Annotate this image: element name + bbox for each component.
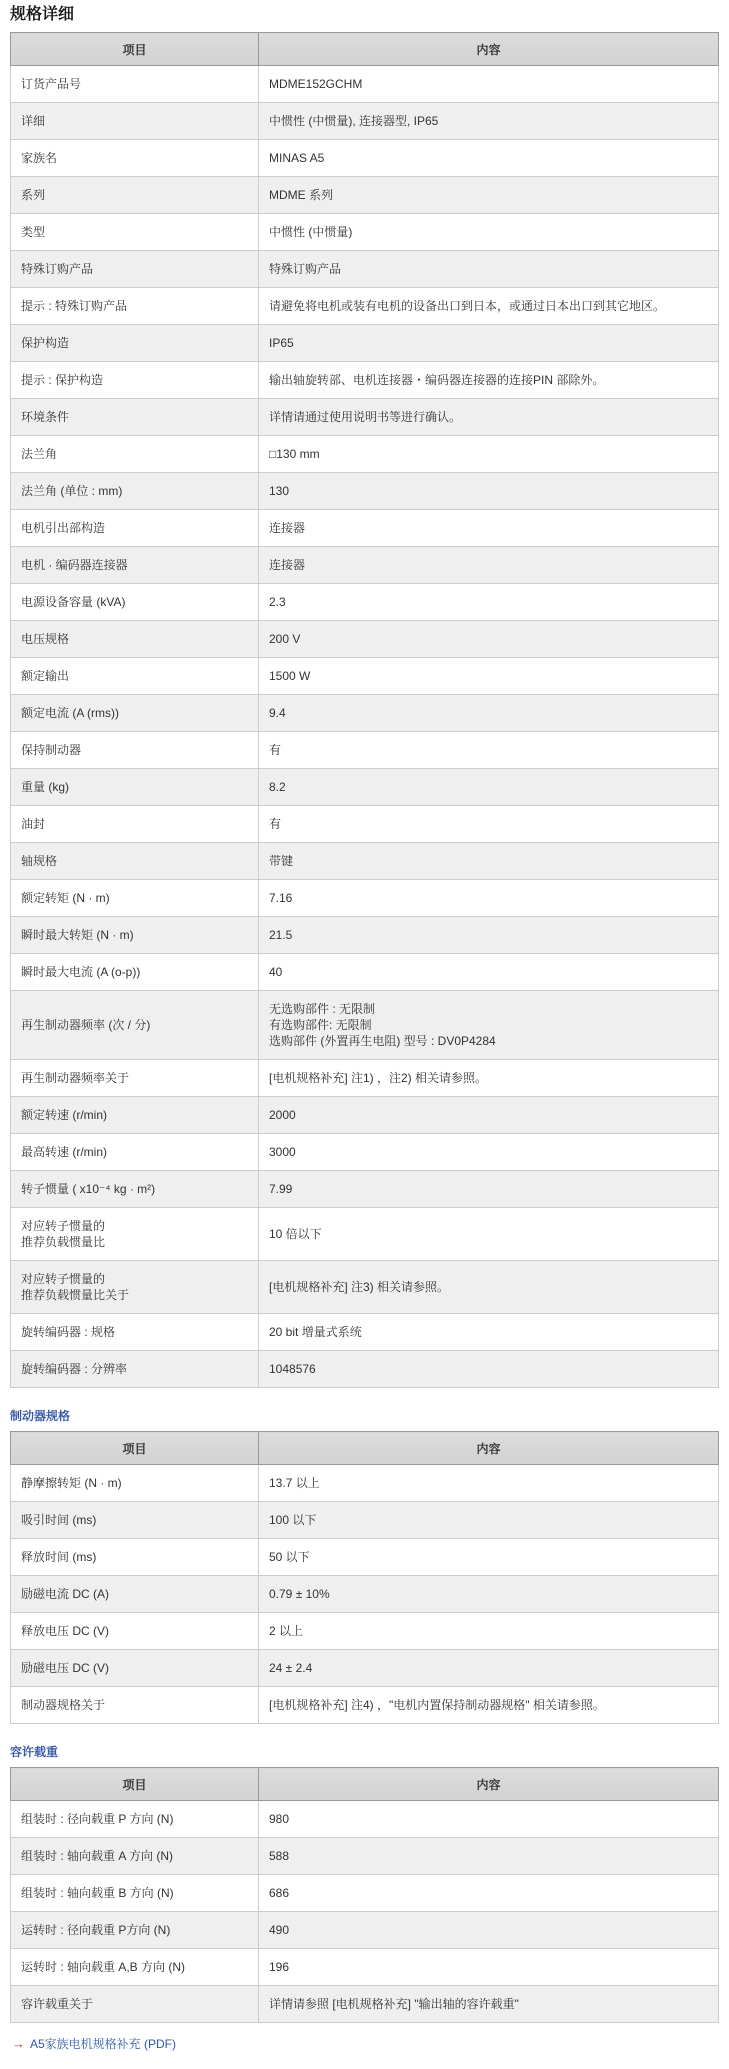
item-label: 油封 xyxy=(11,806,259,843)
section-title-allowable-load: 容许载重 xyxy=(10,1745,719,1760)
item-label: 详细 xyxy=(11,103,259,140)
table-row: 组装时 : 轴向载重 B 方向 (N)686 xyxy=(11,1875,719,1912)
table-head: 项目 内容 xyxy=(11,1768,719,1801)
item-value: 130 xyxy=(259,473,719,510)
item-value: 1048576 xyxy=(259,1351,719,1388)
table-row: 励磁电流 DC (A)0.79 ± 10% xyxy=(11,1576,719,1613)
header-row: 项目 内容 xyxy=(11,1432,719,1465)
page-title: 规格详细 xyxy=(10,5,719,25)
item-label: 旋转编码器 : 规格 xyxy=(11,1314,259,1351)
item-label: 提示 : 特殊订购产品 xyxy=(11,288,259,325)
item-label: 额定电流 (A (rms)) xyxy=(11,695,259,732)
item-label: 类型 xyxy=(11,214,259,251)
table-row: 额定输出1500 W xyxy=(11,658,719,695)
item-value: 24 ± 2.4 xyxy=(259,1650,719,1687)
item-label: 法兰角 xyxy=(11,436,259,473)
table-row: 吸引时间 (ms)100 以下 xyxy=(11,1502,719,1539)
table-row: 旋转编码器 : 规格20 bit 增量式系统 xyxy=(11,1314,719,1351)
item-value: 8.2 xyxy=(259,769,719,806)
header-row: 项目 内容 xyxy=(11,33,719,66)
item-value: MDME 系列 xyxy=(259,177,719,214)
item-value: 有 xyxy=(259,806,719,843)
item-value: 中惯性 (中惯量), 连接器型, IP65 xyxy=(259,103,719,140)
table-row: 运转时 : 轴向载重 A,B 方向 (N)196 xyxy=(11,1949,719,1986)
item-label: 额定转速 (r/min) xyxy=(11,1097,259,1134)
item-value: 20 bit 增量式系统 xyxy=(259,1314,719,1351)
item-label: 提示 : 保护构造 xyxy=(11,362,259,399)
item-label: 静摩擦转矩 (N · m) xyxy=(11,1465,259,1502)
item-label: 转子惯量 ( x10⁻⁴ kg · m²) xyxy=(11,1171,259,1208)
table-row: 静摩擦转矩 (N · m)13.7 以上 xyxy=(11,1465,719,1502)
table-row: 再生制动器频率 (次 / 分)无选购部件 : 无限制 有选购部件: 无限制 选购… xyxy=(11,991,719,1060)
item-value: 2000 xyxy=(259,1097,719,1134)
item-label: 瞬时最大转矩 (N · m) xyxy=(11,917,259,954)
table-row: 详细中惯性 (中惯量), 连接器型, IP65 xyxy=(11,103,719,140)
item-label: 再生制动器频率 (次 / 分) xyxy=(11,991,259,1060)
item-label: 吸引时间 (ms) xyxy=(11,1502,259,1539)
table-row: 电压规格200 V xyxy=(11,621,719,658)
table-row: 法兰角□130 mm xyxy=(11,436,719,473)
column-header-content: 内容 xyxy=(259,33,719,66)
item-value: 2.3 xyxy=(259,584,719,621)
allowable-load-table: 项目 内容 组装时 : 径向载重 P 方向 (N)980组装时 : 轴向载重 A… xyxy=(10,1767,719,2023)
table-head: 项目 内容 xyxy=(11,33,719,66)
item-value: 13.7 以上 xyxy=(259,1465,719,1502)
column-header-content: 内容 xyxy=(259,1768,719,1801)
table-row: 提示 : 保护构造输出轴旋转部、电机连接器・编码器连接器的连接PIN 部除外。 xyxy=(11,362,719,399)
table-row: 法兰角 (单位 : mm)130 xyxy=(11,473,719,510)
table-row: 对应转子惯量的 推荐负载惯量比关于[电机规格补充] 注3) 相关请参照。 xyxy=(11,1261,719,1314)
item-label: 重量 (kg) xyxy=(11,769,259,806)
item-value: 无选购部件 : 无限制 有选购部件: 无限制 选购部件 (外置再生电阻) 型号 … xyxy=(259,991,719,1060)
table-row: 油封有 xyxy=(11,806,719,843)
item-value: 特殊订购产品 xyxy=(259,251,719,288)
item-label: 特殊订购产品 xyxy=(11,251,259,288)
item-label: 组装时 : 轴向载重 B 方向 (N) xyxy=(11,1875,259,1912)
pdf-link-label: A5家族电机规格补充 (PDF) xyxy=(30,2036,176,2052)
table-row: 瞬时最大转矩 (N · m)21.5 xyxy=(11,917,719,954)
item-label: 保护构造 xyxy=(11,325,259,362)
item-value: 588 xyxy=(259,1838,719,1875)
table-row: 旋转编码器 : 分辨率1048576 xyxy=(11,1351,719,1388)
item-value: 有 xyxy=(259,732,719,769)
item-value: 连接器 xyxy=(259,547,719,584)
item-value: 1500 W xyxy=(259,658,719,695)
item-value: 详情请通过使用说明书等进行确认。 xyxy=(259,399,719,436)
item-value: 输出轴旋转部、电机连接器・编码器连接器的连接PIN 部除外。 xyxy=(259,362,719,399)
item-value: 40 xyxy=(259,954,719,991)
table-row: 重量 (kg)8.2 xyxy=(11,769,719,806)
table-row: 环境条件详情请通过使用说明书等进行确认。 xyxy=(11,399,719,436)
item-value: 7.16 xyxy=(259,880,719,917)
item-label: 组装时 : 径向载重 P 方向 (N) xyxy=(11,1801,259,1838)
item-value: 带键 xyxy=(259,843,719,880)
table-row: 额定电流 (A (rms))9.4 xyxy=(11,695,719,732)
item-label: 制动器规格关于 xyxy=(11,1687,259,1724)
table-row: 额定转速 (r/min)2000 xyxy=(11,1097,719,1134)
item-value: 9.4 xyxy=(259,695,719,732)
item-value: □130 mm xyxy=(259,436,719,473)
item-label: 对应转子惯量的 推荐负载惯量比关于 xyxy=(11,1261,259,1314)
column-header-item: 项目 xyxy=(11,33,259,66)
item-label: 系列 xyxy=(11,177,259,214)
item-value: 3000 xyxy=(259,1134,719,1171)
table-row: 再生制动器频率关于[电机规格补充] 注1) ，注2) 相关请参照。 xyxy=(11,1060,719,1097)
table-row: 电机引出部构造连接器 xyxy=(11,510,719,547)
section-title-brake-spec: 制动器规格 xyxy=(10,1409,719,1424)
item-value: [电机规格补充] 注3) 相关请参照。 xyxy=(259,1261,719,1314)
column-header-item: 项目 xyxy=(11,1768,259,1801)
item-label: 额定转矩 (N · m) xyxy=(11,880,259,917)
item-value: 连接器 xyxy=(259,510,719,547)
item-label: 法兰角 (单位 : mm) xyxy=(11,473,259,510)
table-row: 系列MDME 系列 xyxy=(11,177,719,214)
item-label: 释放时间 (ms) xyxy=(11,1539,259,1576)
item-value: 100 以下 xyxy=(259,1502,719,1539)
item-label: 励磁电流 DC (A) xyxy=(11,1576,259,1613)
item-value: 请避免将电机或装有电机的设备出口到日本，或通过日本出口到其它地区。 xyxy=(259,288,719,325)
item-value: 686 xyxy=(259,1875,719,1912)
item-value: 详情请参照 [电机规格补充] "输出轴的容许载重" xyxy=(259,1986,719,2023)
item-label: 组装时 : 轴向载重 A 方向 (N) xyxy=(11,1838,259,1875)
table-body: 静摩擦转矩 (N · m)13.7 以上吸引时间 (ms)100 以下释放时间 … xyxy=(11,1465,719,1724)
header-row: 项目 内容 xyxy=(11,1768,719,1801)
item-value: IP65 xyxy=(259,325,719,362)
item-label: 订货产品号 xyxy=(11,66,259,103)
item-label: 轴规格 xyxy=(11,843,259,880)
table-row: 提示 : 特殊订购产品请避免将电机或装有电机的设备出口到日本，或通过日本出口到其… xyxy=(11,288,719,325)
item-value: 980 xyxy=(259,1801,719,1838)
spec-details-table: 项目 内容 订货产品号MDME152GCHM详细中惯性 (中惯量), 连接器型,… xyxy=(10,32,719,1388)
item-label: 电压规格 xyxy=(11,621,259,658)
table-row: 对应转子惯量的 推荐负载惯量比10 倍以下 xyxy=(11,1208,719,1261)
table-row: 保持制动器有 xyxy=(11,732,719,769)
item-label: 运转时 : 径向载重 P方向 (N) xyxy=(11,1912,259,1949)
table-row: 保护构造IP65 xyxy=(11,325,719,362)
item-label: 容许载重关于 xyxy=(11,1986,259,2023)
item-value: 10 倍以下 xyxy=(259,1208,719,1261)
table-row: 运转时 : 径向载重 P方向 (N)490 xyxy=(11,1912,719,1949)
table-head: 项目 内容 xyxy=(11,1432,719,1465)
table-row: 电源设备容量 (kVA)2.3 xyxy=(11,584,719,621)
spec-page: 规格详细 项目 内容 订货产品号MDME152GCHM详细中惯性 (中惯量), … xyxy=(0,0,729,2069)
item-value: 196 xyxy=(259,1949,719,1986)
table-row: 励磁电压 DC (V)24 ± 2.4 xyxy=(11,1650,719,1687)
table-row: 最高转速 (r/min)3000 xyxy=(11,1134,719,1171)
item-label: 保持制动器 xyxy=(11,732,259,769)
table-row: 组装时 : 轴向载重 A 方向 (N)588 xyxy=(11,1838,719,1875)
item-value: [电机规格补充] 注1) ，注2) 相关请参照。 xyxy=(259,1060,719,1097)
table-row: 特殊订购产品特殊订购产品 xyxy=(11,251,719,288)
item-value: 50 以下 xyxy=(259,1539,719,1576)
table-row: 容许载重关于详情请参照 [电机规格补充] "输出轴的容许载重" xyxy=(11,1986,719,2023)
item-value: MDME152GCHM xyxy=(259,66,719,103)
table-row: 瞬时最大电流 (A (o-p))40 xyxy=(11,954,719,991)
item-value: [电机规格补充] 注4) ，"电机内置保持制动器规格" 相关请参照。 xyxy=(259,1687,719,1724)
item-label: 电机 · 编码器连接器 xyxy=(11,547,259,584)
table-body: 组装时 : 径向载重 P 方向 (N)980组装时 : 轴向载重 A 方向 (N… xyxy=(11,1801,719,2023)
item-value: 21.5 xyxy=(259,917,719,954)
table-row: 类型中惯性 (中惯量) xyxy=(11,214,719,251)
item-label: 旋转编码器 : 分辨率 xyxy=(11,1351,259,1388)
item-label: 励磁电压 DC (V) xyxy=(11,1650,259,1687)
table-row: 家族名MINAS A5 xyxy=(11,140,719,177)
column-header-item: 项目 xyxy=(11,1432,259,1465)
pdf-link[interactable]: → A5家族电机规格补充 (PDF) xyxy=(12,2036,176,2052)
item-value: 490 xyxy=(259,1912,719,1949)
table-row: 制动器规格关于[电机规格补充] 注4) ，"电机内置保持制动器规格" 相关请参照… xyxy=(11,1687,719,1724)
item-label: 运转时 : 轴向载重 A,B 方向 (N) xyxy=(11,1949,259,1986)
item-label: 电源设备容量 (kVA) xyxy=(11,584,259,621)
item-label: 再生制动器频率关于 xyxy=(11,1060,259,1097)
table-row: 转子惯量 ( x10⁻⁴ kg · m²)7.99 xyxy=(11,1171,719,1208)
item-label: 电机引出部构造 xyxy=(11,510,259,547)
table-body: 订货产品号MDME152GCHM详细中惯性 (中惯量), 连接器型, IP65家… xyxy=(11,66,719,1388)
table-row: 组装时 : 径向载重 P 方向 (N)980 xyxy=(11,1801,719,1838)
item-value: 200 V xyxy=(259,621,719,658)
item-value: MINAS A5 xyxy=(259,140,719,177)
item-label: 家族名 xyxy=(11,140,259,177)
table-row: 电机 · 编码器连接器连接器 xyxy=(11,547,719,584)
table-row: 释放时间 (ms)50 以下 xyxy=(11,1539,719,1576)
item-label: 环境条件 xyxy=(11,399,259,436)
item-label: 瞬时最大电流 (A (o-p)) xyxy=(11,954,259,991)
item-value: 2 以上 xyxy=(259,1613,719,1650)
item-value: 7.99 xyxy=(259,1171,719,1208)
table-row: 轴规格带键 xyxy=(11,843,719,880)
item-value: 0.79 ± 10% xyxy=(259,1576,719,1613)
item-label: 对应转子惯量的 推荐负载惯量比 xyxy=(11,1208,259,1261)
item-label: 最高转速 (r/min) xyxy=(11,1134,259,1171)
arrow-right-icon: → xyxy=(12,2036,25,2052)
item-value: 中惯性 (中惯量) xyxy=(259,214,719,251)
brake-spec-table: 项目 内容 静摩擦转矩 (N · m)13.7 以上吸引时间 (ms)100 以… xyxy=(10,1431,719,1724)
item-label: 释放电压 DC (V) xyxy=(11,1613,259,1650)
table-row: 订货产品号MDME152GCHM xyxy=(11,66,719,103)
column-header-content: 内容 xyxy=(259,1432,719,1465)
table-row: 释放电压 DC (V)2 以上 xyxy=(11,1613,719,1650)
table-row: 额定转矩 (N · m)7.16 xyxy=(11,880,719,917)
item-label: 额定输出 xyxy=(11,658,259,695)
